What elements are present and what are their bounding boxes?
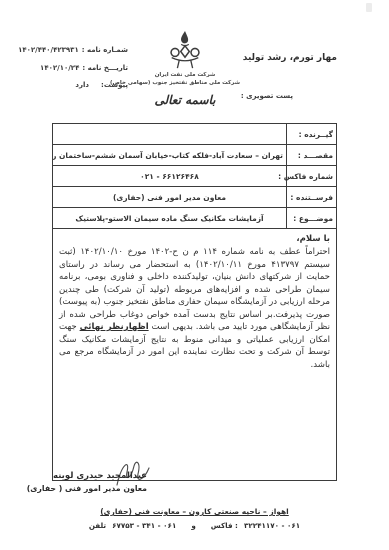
- table-row-fax: شماره فاکس : ۰۲۱ - ۶۶۱۲۶۴۶۸: [53, 166, 336, 187]
- subject-value: آزمایشات مکانیک سنگ ماده سیمان الاستو-پل…: [53, 214, 286, 223]
- letter-date-label: تاریـــخ نامه :: [82, 64, 128, 72]
- letter-paragraph: احتراماً عطف به نامه شماره ۱۱۴ م ن ح-۱۴۰…: [59, 246, 330, 371]
- conjunction-text: و: [191, 521, 195, 530]
- company-name-line1: شرکت ملی نفت ایران: [130, 72, 240, 80]
- bismillah-text: باسمه تعالی: [130, 93, 240, 107]
- letter-body: با سلام، احتراماً عطف به نامه شماره ۱۱۴ …: [53, 229, 336, 484]
- table-row-sender: فرســتنده : معاون مدیر امور فنی (حفاری): [53, 187, 336, 208]
- table-row-receiver: گیــرنده :: [53, 124, 336, 145]
- fax-value: ۳۲۲۴۱۱۷۰ - ۰۶۱: [244, 521, 300, 530]
- letter-date-value: ۱۴۰۲/۱۰/۲۴: [40, 64, 79, 72]
- final-opinion-highlight: اظهارنظر نهائی: [80, 322, 149, 332]
- scan-artifact: [366, 3, 372, 12]
- company-logo-icon: [166, 30, 204, 72]
- footer-contact-line: تلفن ۶۷۷۵۳ - ۳۴۱ - ۰۶۱ و فاکس : ۳۲۲۴۱۱۷۰…: [0, 521, 389, 530]
- signatory-name: عبدالمجید حیدری لوینه: [63, 471, 147, 481]
- signatory-title: معاون مدیر امور فنی ( حفاری): [63, 484, 147, 493]
- sender-value: معاون مدیر امور فنی (حفاری): [53, 193, 286, 202]
- sender-label: فرســتنده :: [286, 187, 336, 207]
- table-row-destination: مقصـــد : تهران – سعادت آباد-فلکه کتاب-خ…: [53, 145, 336, 166]
- company-name-line2: شرکت ملی مناطق نفتخیز جنوب (سهامی خاص): [130, 80, 240, 88]
- destination-label: مقصـــد :: [286, 145, 336, 165]
- subject-label: موضـــوع :: [286, 208, 336, 228]
- destination-value: تهران – سعادت آباد-فلکه کتاب-خیابان آسما…: [53, 151, 286, 160]
- letter-page: شمـاره نامه :۱۴۰۲/۴۴۰/۴۲۳۹۳۱ تاریـــخ نا…: [0, 0, 389, 550]
- receiver-label: گیــرنده :: [286, 124, 336, 144]
- footer-address: اهواز – ناحیه صنعتی کارون – معاونت فنی (…: [0, 507, 389, 516]
- letter-number-value: ۱۴۰۲/۴۴۰/۴۲۳۹۳۱: [18, 46, 79, 54]
- signature-block: عبدالمجید حیدری لوینه معاون مدیر امور فن…: [63, 471, 147, 493]
- fax-label: فاکس :: [211, 521, 238, 530]
- letter-number-label: شمـاره نامه :: [82, 46, 128, 54]
- fax-number-label: شماره فاکس :: [286, 166, 336, 186]
- year-slogan: مهار تورم، رشد تولید: [243, 53, 337, 63]
- paragraph-part-1: احتراماً عطف به نامه شماره ۱۱۴ م ن ح-۱۴۰…: [59, 247, 330, 332]
- letter-frame: گیــرنده : مقصـــد : تهران – سعادت آباد-…: [52, 123, 337, 481]
- phone-value: ۶۷۷۵۳ - ۳۴۱ - ۰۶۱: [112, 521, 176, 530]
- letter-number-line: شمـاره نامه :۱۴۰۲/۴۴۰/۴۲۳۹۳۱: [18, 42, 128, 60]
- phone-label: تلفن: [89, 521, 106, 530]
- salutation-text: با سلام،: [59, 234, 330, 244]
- table-row-subject: موضـــوع : آزمایشات مکانیک سنگ ماده سیما…: [53, 208, 336, 229]
- letter-date-line: تاریـــخ نامه :۱۴۰۲/۱۰/۲۴: [18, 60, 128, 78]
- video-post-label: پست تصویری :: [241, 92, 293, 100]
- attachment-value: دارد: [75, 81, 89, 89]
- letterhead-logo-block: شرکت ملی نفت ایران شرکت ملی مناطق نفتخیز…: [130, 30, 240, 107]
- fax-number-value: ۰۲۱ - ۶۶۱۲۶۴۶۸: [53, 172, 286, 181]
